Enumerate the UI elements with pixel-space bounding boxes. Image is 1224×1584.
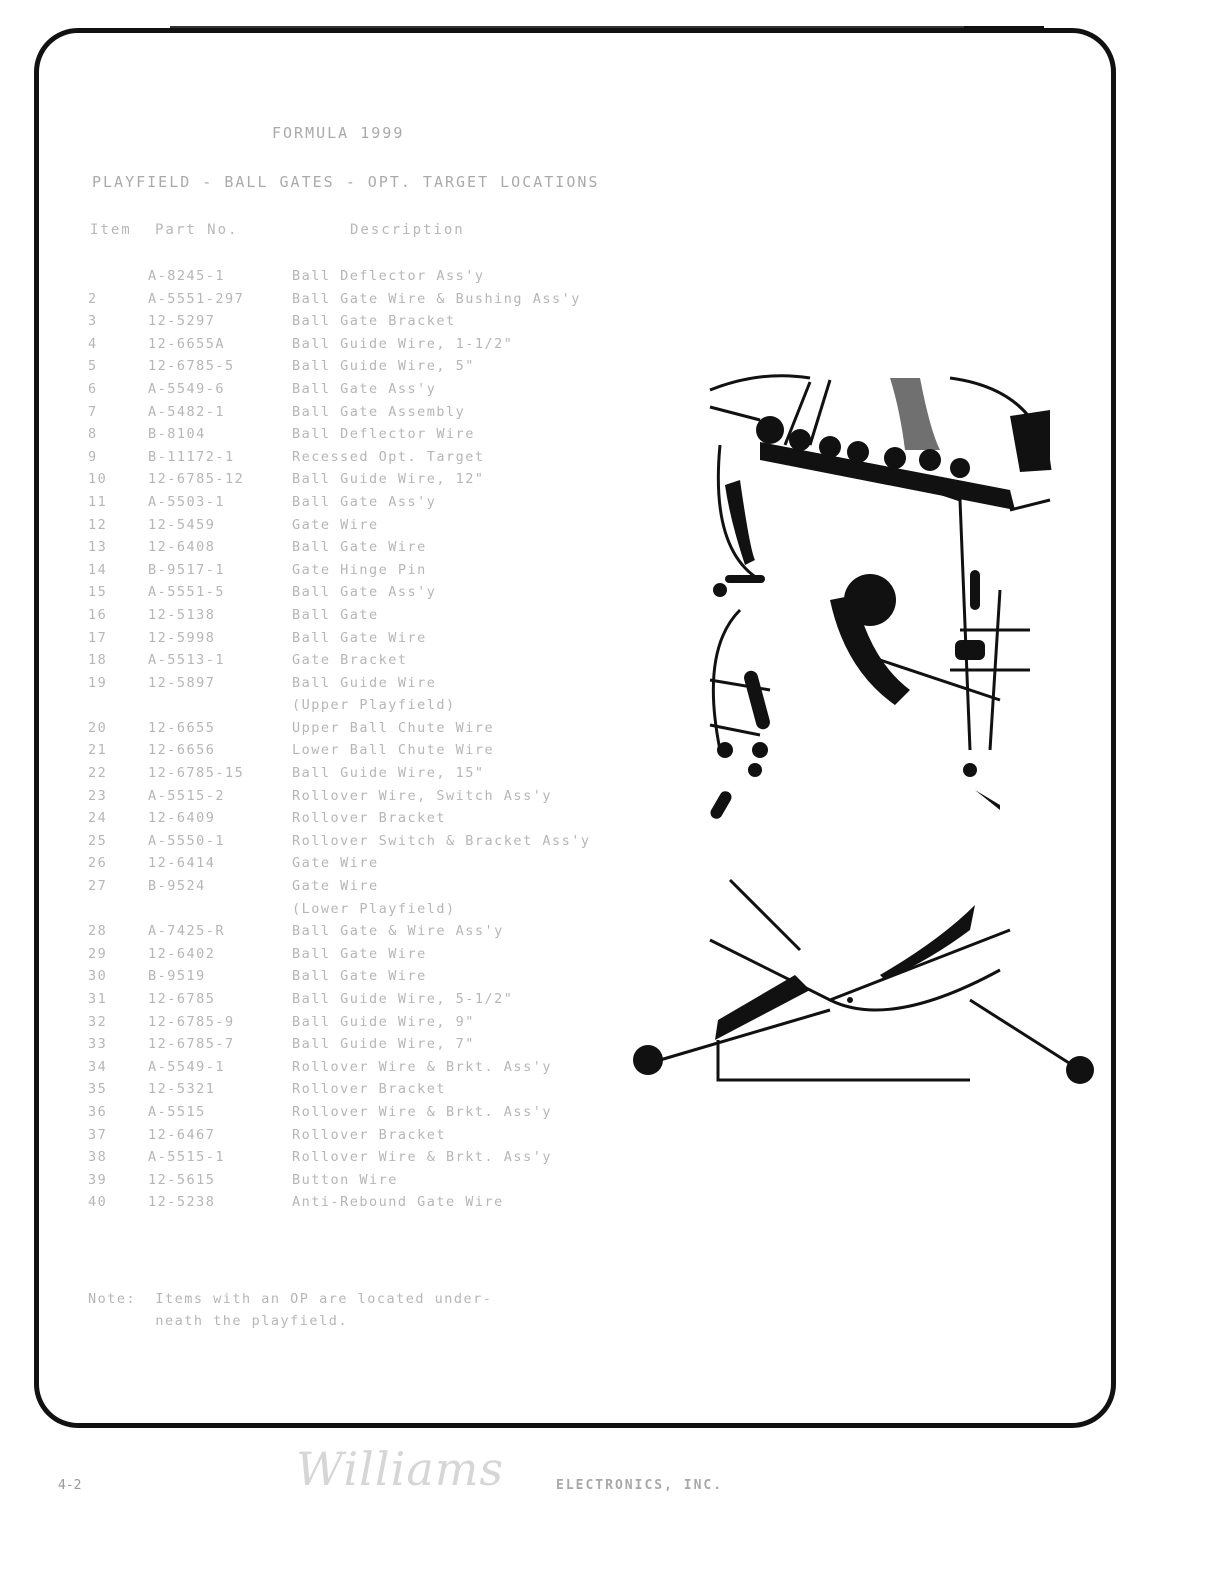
list-item: 2A-5551-297Ball Gate Wire & Bushing Ass'… xyxy=(88,291,628,314)
item-description: Ball Gate Ass'y xyxy=(292,584,436,600)
item-number: 8 xyxy=(88,426,118,442)
item-number: 5 xyxy=(88,358,118,374)
item-number: 16 xyxy=(88,607,118,623)
item-description: Ball Gate Ass'y xyxy=(292,381,436,397)
list-item: (Upper Playfield) xyxy=(88,697,628,720)
list-item: 1012-6785-12Ball Guide Wire, 12" xyxy=(88,471,628,494)
item-number: 34 xyxy=(88,1059,118,1075)
item-description: Rollover Wire & Brkt. Ass'y xyxy=(292,1104,552,1120)
part-number: 12-6655A xyxy=(148,336,288,352)
item-description: Gate Hinge Pin xyxy=(292,562,427,578)
part-number: 12-6785-9 xyxy=(148,1014,288,1030)
item-description: Ball Deflector Wire xyxy=(292,426,475,442)
list-item: 3212-6785-9Ball Guide Wire, 9" xyxy=(88,1014,628,1037)
item-number: 40 xyxy=(88,1194,118,1210)
item-description: Ball Gate & Wire Ass'y xyxy=(292,923,504,939)
item-number: 33 xyxy=(88,1036,118,1052)
part-number: A-7425-R xyxy=(148,923,288,939)
item-number: 9 xyxy=(88,449,118,465)
item-description: Ball Gate Assembly xyxy=(292,404,465,420)
part-number: 12-5238 xyxy=(148,1194,288,1210)
item-description: Gate Bracket xyxy=(292,652,408,668)
list-item: 11A-5503-1Ball Gate Ass'y xyxy=(88,494,628,517)
company-name: ELECTRONICS, INC. xyxy=(556,1478,723,1493)
part-number: B-11172-1 xyxy=(148,449,288,465)
part-number: 12-6656 xyxy=(148,742,288,758)
item-description: Ball Gate Ass'y xyxy=(292,494,436,510)
list-item: 3112-6785Ball Guide Wire, 5-1/2" xyxy=(88,991,628,1014)
list-item: 512-6785-5Ball Guide Wire, 5" xyxy=(88,358,628,381)
item-description: Rollover Wire & Brkt. Ass'y xyxy=(292,1059,552,1075)
part-number: 12-6785-12 xyxy=(148,471,288,487)
list-item: A-8245-1Ball Deflector Ass'y xyxy=(88,268,628,291)
item-description: Gate Wire xyxy=(292,855,379,871)
list-item: 2012-6655Upper Ball Chute Wire xyxy=(88,720,628,743)
item-description: Ball Guide Wire xyxy=(292,675,436,691)
item-number: 36 xyxy=(88,1104,118,1120)
item-description: Button Wire xyxy=(292,1172,398,1188)
list-item: 2912-6402Ball Gate Wire xyxy=(88,946,628,969)
item-description: Rollover Bracket xyxy=(292,1081,446,1097)
item-description: Ball Guide Wire, 5-1/2" xyxy=(292,991,513,1007)
item-number: 2 xyxy=(88,291,118,307)
column-header-item: Item xyxy=(90,222,132,238)
list-item: 1612-5138Ball Gate xyxy=(88,607,628,630)
item-number: 3 xyxy=(88,313,118,329)
playfield-diagram xyxy=(630,350,1110,1110)
list-item: 412-6655ABall Guide Wire, 1-1/2" xyxy=(88,336,628,359)
part-number: 12-5615 xyxy=(148,1172,288,1188)
company-logo: Williams xyxy=(296,1442,504,1496)
list-item: 1712-5998Ball Gate Wire xyxy=(88,630,628,653)
item-number: 12 xyxy=(88,517,118,533)
part-number: 12-6409 xyxy=(148,810,288,826)
part-number: A-5513-1 xyxy=(148,652,288,668)
list-item: 3712-6467Rollover Bracket xyxy=(88,1127,628,1150)
item-number: 26 xyxy=(88,855,118,871)
item-number: 21 xyxy=(88,742,118,758)
list-item: 2212-6785-15Ball Guide Wire, 15" xyxy=(88,765,628,788)
item-description: Ball Guide Wire, 5" xyxy=(292,358,475,374)
item-number: 17 xyxy=(88,630,118,646)
item-number: 19 xyxy=(88,675,118,691)
part-number: 12-6785 xyxy=(148,991,288,1007)
list-item: 27B-9524Gate Wire xyxy=(88,878,628,901)
item-description: Ball Guide Wire, 9" xyxy=(292,1014,475,1030)
list-item: 38A-5515-1Rollover Wire & Brkt. Ass'y xyxy=(88,1149,628,1172)
list-item: 6A-5549-6Ball Gate Ass'y xyxy=(88,381,628,404)
list-item: 1212-5459Gate Wire xyxy=(88,517,628,540)
part-number: 12-6402 xyxy=(148,946,288,962)
item-number: 6 xyxy=(88,381,118,397)
list-item: 312-5297Ball Gate Bracket xyxy=(88,313,628,336)
item-description: Ball Gate Wire xyxy=(292,539,427,555)
item-description: Recessed Opt. Target xyxy=(292,449,485,465)
item-description: Ball Gate xyxy=(292,607,379,623)
column-header-description: Description xyxy=(350,222,465,238)
parts-list: A-8245-1Ball Deflector Ass'y2A-5551-297B… xyxy=(88,268,628,1217)
item-number: 10 xyxy=(88,471,118,487)
part-number: A-5549-6 xyxy=(148,381,288,397)
part-number: 12-5998 xyxy=(148,630,288,646)
item-number: 30 xyxy=(88,968,118,984)
part-number: 12-5297 xyxy=(148,313,288,329)
item-number: 13 xyxy=(88,539,118,555)
item-description: Rollover Bracket xyxy=(292,810,446,826)
item-description: Ball Gate Wire & Bushing Ass'y xyxy=(292,291,581,307)
part-number: 12-5321 xyxy=(148,1081,288,1097)
item-number: 39 xyxy=(88,1172,118,1188)
list-item: 34A-5549-1Rollover Wire & Brkt. Ass'y xyxy=(88,1059,628,1082)
part-number: A-5503-1 xyxy=(148,494,288,510)
item-number: 27 xyxy=(88,878,118,894)
part-number: A-5550-1 xyxy=(148,833,288,849)
item-description: Ball Gate Wire xyxy=(292,968,427,984)
part-number: 12-6467 xyxy=(148,1127,288,1143)
part-number: 12-6785-15 xyxy=(148,765,288,781)
part-number: 12-5459 xyxy=(148,517,288,533)
item-description: Lower Ball Chute Wire xyxy=(292,742,494,758)
list-item: 3912-5615Button Wire xyxy=(88,1172,628,1195)
list-item: 9B-11172-1Recessed Opt. Target xyxy=(88,449,628,472)
part-number: A-5549-1 xyxy=(148,1059,288,1075)
column-header-part-no: Part No. xyxy=(155,222,238,238)
item-number: 25 xyxy=(88,833,118,849)
list-item: 18A-5513-1Gate Bracket xyxy=(88,652,628,675)
item-description: Anti-Rebound Gate Wire xyxy=(292,1194,504,1210)
item-description: Rollover Wire & Brkt. Ass'y xyxy=(292,1149,552,1165)
part-number: 12-5897 xyxy=(148,675,288,691)
item-description: Ball Guide Wire, 1-1/2" xyxy=(292,336,513,352)
list-item: 2612-6414Gate Wire xyxy=(88,855,628,878)
part-number: A-5515 xyxy=(148,1104,288,1120)
list-item: 25A-5550-1Rollover Switch & Bracket Ass'… xyxy=(88,833,628,856)
list-item: (Lower Playfield) xyxy=(88,901,628,924)
item-number: 32 xyxy=(88,1014,118,1030)
item-description: Upper Ball Chute Wire xyxy=(292,720,494,736)
document-title: FORMULA 1999 xyxy=(272,124,404,142)
item-number: 22 xyxy=(88,765,118,781)
item-description: (Upper Playfield) xyxy=(292,697,456,713)
item-number: 20 xyxy=(88,720,118,736)
item-number: 29 xyxy=(88,946,118,962)
item-description: Rollover Switch & Bracket Ass'y xyxy=(292,833,590,849)
part-number: A-8245-1 xyxy=(148,268,288,284)
item-description: Ball Guide Wire, 12" xyxy=(292,471,485,487)
item-description: Ball Guide Wire, 15" xyxy=(292,765,485,781)
item-number: 28 xyxy=(88,923,118,939)
part-number: B-9517-1 xyxy=(148,562,288,578)
part-number: 12-6655 xyxy=(148,720,288,736)
item-description: Ball Gate Bracket xyxy=(292,313,456,329)
item-description: Rollover Wire, Switch Ass'y xyxy=(292,788,552,804)
list-item: 1312-6408Ball Gate Wire xyxy=(88,539,628,562)
item-number: 38 xyxy=(88,1149,118,1165)
list-item: 15A-5551-5Ball Gate Ass'y xyxy=(88,584,628,607)
item-number: 4 xyxy=(88,336,118,352)
part-number: B-9524 xyxy=(148,878,288,894)
list-item: 2412-6409Rollover Bracket xyxy=(88,810,628,833)
item-number: 35 xyxy=(88,1081,118,1097)
part-number: B-8104 xyxy=(148,426,288,442)
list-item: 1912-5897Ball Guide Wire xyxy=(88,675,628,698)
list-item: 2112-6656Lower Ball Chute Wire xyxy=(88,742,628,765)
item-number: 31 xyxy=(88,991,118,1007)
part-number: B-9519 xyxy=(148,968,288,984)
list-item: 3312-6785-7Ball Guide Wire, 7" xyxy=(88,1036,628,1059)
item-description: Ball Gate Wire xyxy=(292,630,427,646)
item-description: Rollover Bracket xyxy=(292,1127,446,1143)
item-description: Gate Wire xyxy=(292,878,379,894)
item-number: 14 xyxy=(88,562,118,578)
list-item: 14B-9517-1Gate Hinge Pin xyxy=(88,562,628,585)
list-item: 30B-9519Ball Gate Wire xyxy=(88,968,628,991)
list-item: 36A-5515Rollover Wire & Brkt. Ass'y xyxy=(88,1104,628,1127)
list-item: 8B-8104Ball Deflector Wire xyxy=(88,426,628,449)
list-item: 7A-5482-1Ball Gate Assembly xyxy=(88,404,628,427)
item-number: 7 xyxy=(88,404,118,420)
list-item: 4012-5238Anti-Rebound Gate Wire xyxy=(88,1194,628,1217)
item-number: 11 xyxy=(88,494,118,510)
item-description: Ball Gate Wire xyxy=(292,946,427,962)
part-number: 12-5138 xyxy=(148,607,288,623)
list-item: 28A-7425-RBall Gate & Wire Ass'y xyxy=(88,923,628,946)
part-number: A-5551-297 xyxy=(148,291,288,307)
item-description: Ball Deflector Ass'y xyxy=(292,268,485,284)
part-number: 12-6414 xyxy=(148,855,288,871)
item-description: Gate Wire xyxy=(292,517,379,533)
item-number: 18 xyxy=(88,652,118,668)
item-number: 23 xyxy=(88,788,118,804)
item-number: 24 xyxy=(88,810,118,826)
list-item: 3512-5321Rollover Bracket xyxy=(88,1081,628,1104)
page-number: 4-2 xyxy=(58,1478,81,1493)
part-number: 12-6785-5 xyxy=(148,358,288,374)
part-number: 12-6408 xyxy=(148,539,288,555)
part-number: A-5515-2 xyxy=(148,788,288,804)
list-item: 23A-5515-2Rollover Wire, Switch Ass'y xyxy=(88,788,628,811)
part-number: A-5551-5 xyxy=(148,584,288,600)
document-subtitle: PLAYFIELD - BALL GATES - OPT. TARGET LOC… xyxy=(92,173,599,191)
item-number: 37 xyxy=(88,1127,118,1143)
footnote: Note: Items with an OP are located under… xyxy=(88,1288,492,1332)
part-number: 12-6785-7 xyxy=(148,1036,288,1052)
part-number: A-5482-1 xyxy=(148,404,288,420)
item-description: Ball Guide Wire, 7" xyxy=(292,1036,475,1052)
part-number: A-5515-1 xyxy=(148,1149,288,1165)
item-description: (Lower Playfield) xyxy=(292,901,456,917)
item-number: 15 xyxy=(88,584,118,600)
